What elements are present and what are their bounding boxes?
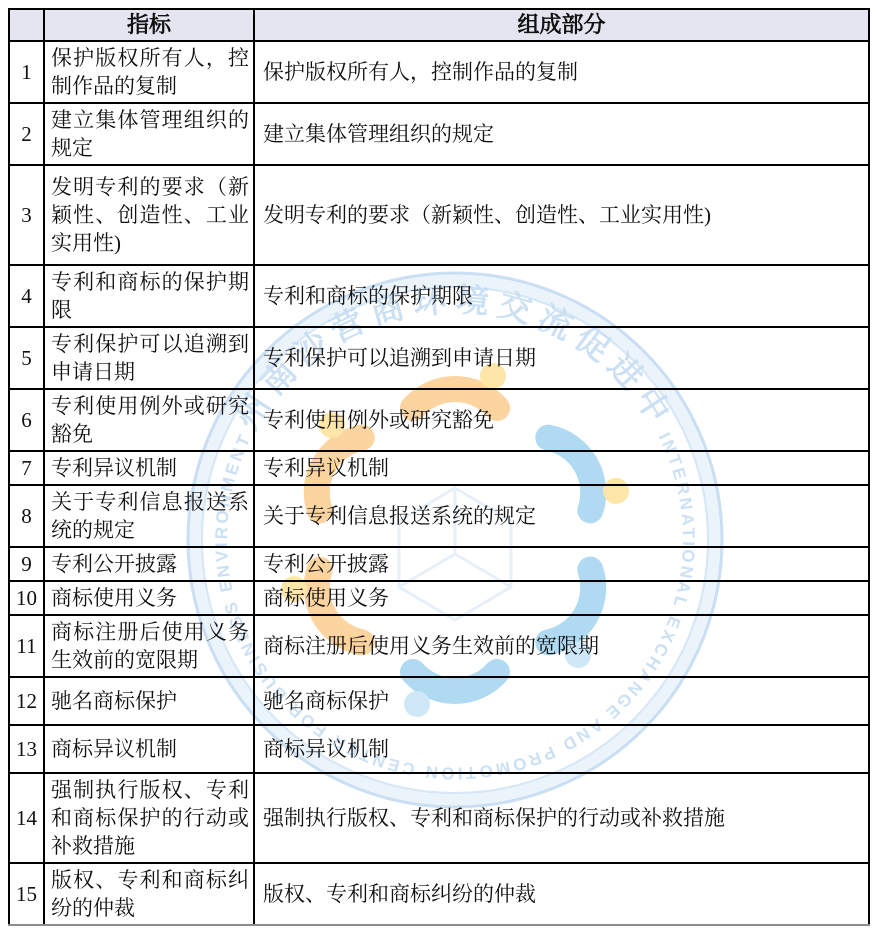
indicator-cell: 发明专利的要求（新颖性、创造性、工业实用性) bbox=[44, 165, 254, 265]
component-cell: 专利使用例外或研究豁免 bbox=[254, 389, 869, 451]
row-number: 9 bbox=[9, 547, 44, 581]
indicator-cell: 商标注册后使用义务生效前的宽限期 bbox=[44, 615, 254, 677]
indicator-cell: 保护版权所有人，控制作品的复制 bbox=[44, 41, 254, 103]
table-row: 4 专利和商标的保护期限 专利和商标的保护期限 bbox=[9, 265, 869, 327]
indicator-cell: 驰名商标保护 bbox=[44, 677, 254, 725]
row-number: 4 bbox=[9, 265, 44, 327]
table-row: 2 建立集体管理组织的规定 建立集体管理组织的规定 bbox=[9, 103, 869, 165]
row-number: 1 bbox=[9, 41, 44, 103]
table-row: 1 保护版权所有人，控制作品的复制 保护版权所有人，控制作品的复制 bbox=[9, 41, 869, 103]
component-cell: 商标注册后使用义务生效前的宽限期 bbox=[254, 615, 869, 677]
table-row: 12 驰名商标保护 驰名商标保护 bbox=[9, 677, 869, 725]
indicator-cell: 商标使用义务 bbox=[44, 581, 254, 615]
row-number: 11 bbox=[9, 615, 44, 677]
indicator-cell: 商标异议机制 bbox=[44, 725, 254, 773]
component-cell: 强制执行版权、专利和商标保护的行动或补救措施 bbox=[254, 773, 869, 863]
component-cell: 关于专利信息报送系统的规定 bbox=[254, 485, 869, 547]
table-row: 11 商标注册后使用义务生效前的宽限期 商标注册后使用义务生效前的宽限期 bbox=[9, 615, 869, 677]
component-cell: 保护版权所有人，控制作品的复制 bbox=[254, 41, 869, 103]
indicator-cell: 专利使用例外或研究豁免 bbox=[44, 389, 254, 451]
component-cell: 专利保护可以追溯到申请日期 bbox=[254, 327, 869, 389]
table-row: 5 专利保护可以追溯到申请日期 专利保护可以追溯到申请日期 bbox=[9, 327, 869, 389]
component-cell: 发明专利的要求（新颖性、创造性、工业实用性) bbox=[254, 165, 869, 265]
table-row: 14 强制执行版权、专利和商标保护的行动或补救措施 强制执行版权、专利和商标保护… bbox=[9, 773, 869, 863]
table-row: 7 专利异议机制 专利异议机制 bbox=[9, 451, 869, 485]
indicator-cell: 建立集体管理组织的规定 bbox=[44, 103, 254, 165]
indicator-cell: 专利保护可以追溯到申请日期 bbox=[44, 327, 254, 389]
indicator-cell: 专利和商标的保护期限 bbox=[44, 265, 254, 327]
table-row: 10 商标使用义务 商标使用义务 bbox=[9, 581, 869, 615]
indicator-cell: 专利异议机制 bbox=[44, 451, 254, 485]
component-cell: 专利异议机制 bbox=[254, 451, 869, 485]
table-row: 6 专利使用例外或研究豁免 专利使用例外或研究豁免 bbox=[9, 389, 869, 451]
component-cell: 建立集体管理组织的规定 bbox=[254, 103, 869, 165]
indicator-cell: 版权、专利和商标纠纷的仲裁 bbox=[44, 863, 254, 925]
row-number: 14 bbox=[9, 773, 44, 863]
component-cell: 商标使用义务 bbox=[254, 581, 869, 615]
table-row: 9 专利公开披露 专利公开披露 bbox=[9, 547, 869, 581]
header-component: 组成部分 bbox=[254, 9, 869, 41]
row-number: 5 bbox=[9, 327, 44, 389]
row-number: 8 bbox=[9, 485, 44, 547]
row-number: 15 bbox=[9, 863, 44, 925]
component-cell: 专利和商标的保护期限 bbox=[254, 265, 869, 327]
row-number: 7 bbox=[9, 451, 44, 485]
table-row: 13 商标异议机制 商标异议机制 bbox=[9, 725, 869, 773]
row-number: 3 bbox=[9, 165, 44, 265]
row-number: 10 bbox=[9, 581, 44, 615]
component-cell: 商标异议机制 bbox=[254, 725, 869, 773]
table-row: 3 发明专利的要求（新颖性、创造性、工业实用性) 发明专利的要求（新颖性、创造性… bbox=[9, 165, 869, 265]
indicator-cell: 关于专利信息报送系统的规定 bbox=[44, 485, 254, 547]
table-row: 8 关于专利信息报送系统的规定 关于专利信息报送系统的规定 bbox=[9, 485, 869, 547]
row-number: 13 bbox=[9, 725, 44, 773]
component-cell: 专利公开披露 bbox=[254, 547, 869, 581]
page-root: 广州南沙营商环境交流促进中心 INTERNATIONAL EXCHANGE AN… bbox=[0, 0, 876, 930]
row-number: 2 bbox=[9, 103, 44, 165]
header-row: 指标 组成部分 bbox=[9, 9, 869, 41]
ip-indicators-table: 指标 组成部分 1 保护版权所有人，控制作品的复制 保护版权所有人，控制作品的复… bbox=[8, 8, 870, 926]
row-number: 6 bbox=[9, 389, 44, 451]
row-number: 12 bbox=[9, 677, 44, 725]
component-cell: 驰名商标保护 bbox=[254, 677, 869, 725]
indicator-cell: 强制执行版权、专利和商标保护的行动或补救措施 bbox=[44, 773, 254, 863]
component-cell: 版权、专利和商标纠纷的仲裁 bbox=[254, 863, 869, 925]
table-row: 15 版权、专利和商标纠纷的仲裁 版权、专利和商标纠纷的仲裁 bbox=[9, 863, 869, 925]
indicator-cell: 专利公开披露 bbox=[44, 547, 254, 581]
header-number bbox=[9, 9, 44, 41]
header-indicator: 指标 bbox=[44, 9, 254, 41]
